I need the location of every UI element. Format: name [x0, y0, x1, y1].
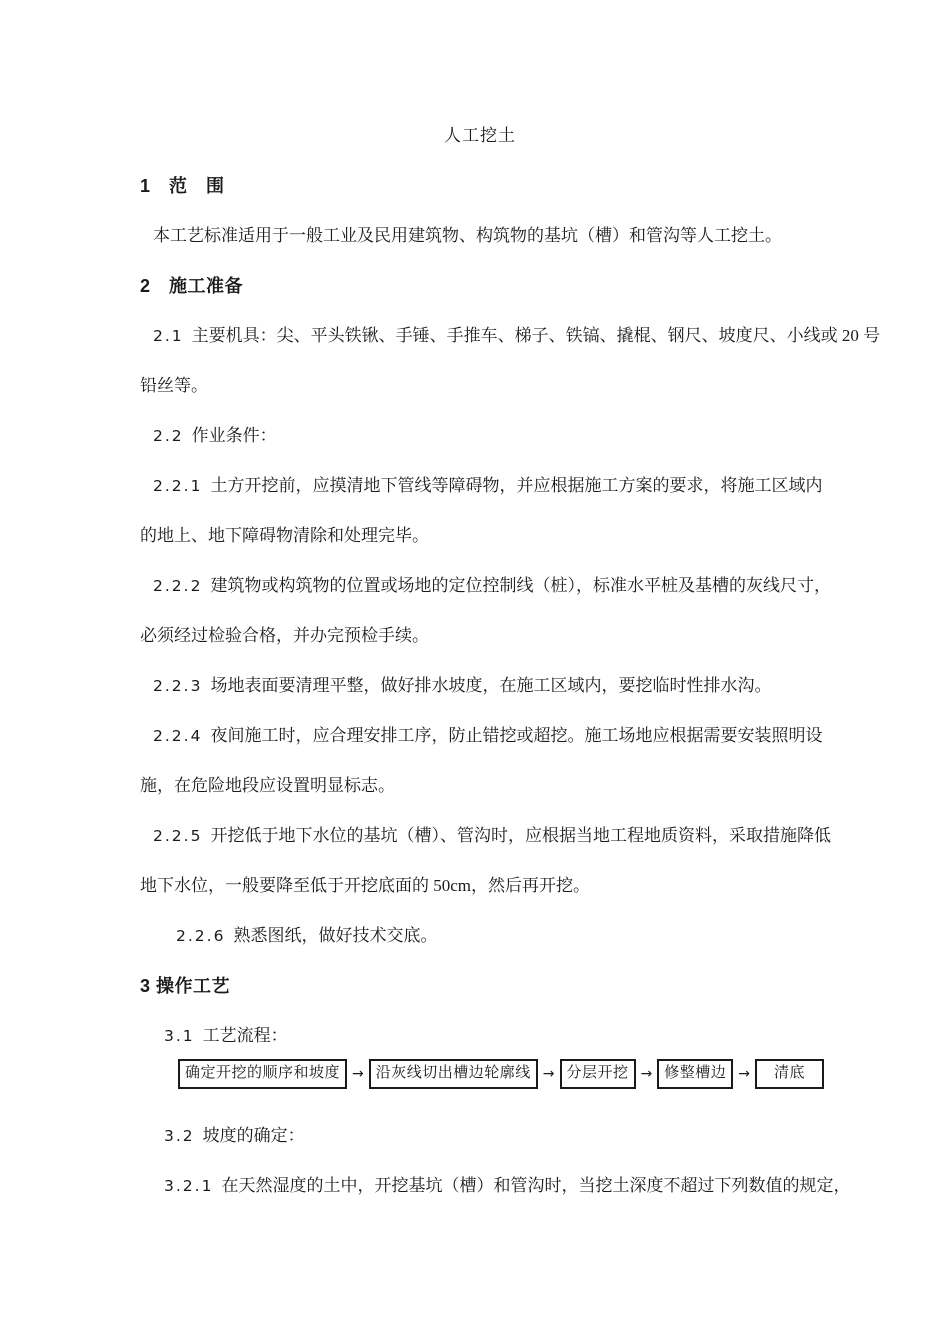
clause-number: 3.2.1: [164, 1177, 213, 1195]
clause-3-2: 3.2坡度的确定：: [140, 1111, 820, 1161]
clause-text: 作业条件：: [192, 426, 277, 445]
document-title: 人工挖土: [140, 111, 820, 161]
clause-text: 坡度的确定：: [203, 1126, 305, 1145]
clause-2-2-4-line-1: 2.2.4夜间施工时，应合理安排工序，防止错挖或超挖。施工场地应根据需要安装照明…: [140, 711, 820, 761]
arrow-right-icon: →: [641, 1067, 653, 1081]
clause-text: 工艺流程：: [203, 1026, 288, 1045]
clause-number: 3.2: [164, 1127, 195, 1145]
flow-step-3: 分层开挖: [560, 1059, 636, 1089]
section-2-heading: 2 施工准备: [140, 261, 820, 311]
clause-number: 2.2.4: [153, 727, 202, 745]
clause-number: 2.2: [153, 427, 184, 445]
clause-text: 夜间施工时，应合理安排工序，防止错挖或超挖。施工场地应根据需要安装照明设: [210, 726, 822, 745]
clause-2-2-6: 2.2.6熟悉图纸，做好技术交底。: [140, 911, 820, 961]
arrow-right-icon: →: [352, 1067, 364, 1081]
arrow-right-icon: →: [543, 1067, 555, 1081]
clause-2-2-1-line-2: 的地上、地下障碍物清除和处理完毕。: [140, 511, 820, 561]
section-3-heading: 3 操作工艺: [140, 961, 820, 1011]
clause-number: 2.2.1: [153, 477, 202, 495]
clause-text: 在天然湿度的土中，开挖基坑（槽）和管沟时，当挖土深度不超过下列数值的规定，: [221, 1176, 850, 1195]
document-page: 人工挖土 1 范 围 本工艺标准适用于一般工业及民用建筑物、构筑物的基坑（槽）和…: [0, 0, 950, 1344]
flow-step-4: 修整槽边: [657, 1059, 733, 1089]
flow-step-5: 清底: [755, 1059, 824, 1089]
section-1-paragraph: 本工艺标准适用于一般工业及民用建筑物、构筑物的基坑（槽）和管沟等人工挖土。: [140, 211, 820, 261]
clause-text: 熟悉图纸，做好技术交底。: [233, 926, 437, 945]
clause-2-2-2-line-2: 必须经过检验合格，并办完预检手续。: [140, 611, 820, 661]
clause-text: 建筑物或构筑物的位置或场地的定位控制线（桩），标准水平桩及基槽的灰线尺寸，: [210, 576, 831, 595]
clause-2-2-2-line-1: 2.2.2建筑物或构筑物的位置或场地的定位控制线（桩），标准水平桩及基槽的灰线尺…: [140, 561, 820, 611]
clause-number: 2.2.5: [153, 827, 202, 845]
clause-text: 主要机具：尖、平头铁锹、手锤、手推车、梯子、铁镐、撬棍、钢尺、坡度尺、小线或 2…: [192, 326, 881, 345]
clause-text: 土方开挖前，应摸清地下管线等障碍物，并应根据施工方案的要求，将施工区域内: [210, 476, 822, 495]
flow-step-2: 沿灰线切出槽边轮廓线: [369, 1059, 538, 1089]
clause-2-2-5-line-1: 2.2.5开挖低于地下水位的基坑（槽）、管沟时，应根据当地工程地质资料，采取措施…: [140, 811, 820, 861]
clause-2-1-line-2: 铅丝等。: [140, 361, 820, 411]
clause-2-2-5-line-2: 地下水位，一般要降至低于开挖底面的 50cm，然后再开挖。: [140, 861, 820, 911]
clause-text: 开挖低于地下水位的基坑（槽）、管沟时，应根据当地工程地质资料，采取措施降低: [210, 826, 831, 845]
clause-number: 3.1: [164, 1027, 195, 1045]
flow-step-1: 确定开挖的顺序和坡度: [178, 1059, 347, 1089]
clause-number: 2.2.3: [153, 677, 202, 695]
clause-3-2-1: 3.2.1在天然湿度的土中，开挖基坑（槽）和管沟时，当挖土深度不超过下列数值的规…: [140, 1161, 820, 1211]
clause-number: 2.1: [153, 327, 184, 345]
clause-2-2-1-line-1: 2.2.1土方开挖前，应摸清地下管线等障碍物，并应根据施工方案的要求，将施工区域…: [140, 461, 820, 511]
clause-2-2-3: 2.2.3场地表面要清理平整，做好排水坡度，在施工区域内，要挖临时性排水沟。: [140, 661, 820, 711]
clause-2-2-4-line-2: 施，在危险地段应设置明显标志。: [140, 761, 820, 811]
clause-2-1-line-1: 2.1主要机具：尖、平头铁锹、手锤、手推车、梯子、铁镐、撬棍、钢尺、坡度尺、小线…: [140, 311, 820, 361]
clause-2-2: 2.2作业条件：: [140, 411, 820, 461]
clause-number: 2.2.6: [176, 927, 225, 945]
arrow-right-icon: →: [738, 1067, 750, 1081]
section-1-heading: 1 范 围: [140, 161, 820, 211]
clause-number: 2.2.2: [153, 577, 202, 595]
clause-text: 场地表面要清理平整，做好排水坡度，在施工区域内，要挖临时性排水沟。: [210, 676, 771, 695]
process-flowchart: 确定开挖的顺序和坡度 → 沿灰线切出槽边轮廓线 → 分层开挖 → 修整槽边 → …: [140, 1049, 820, 1099]
